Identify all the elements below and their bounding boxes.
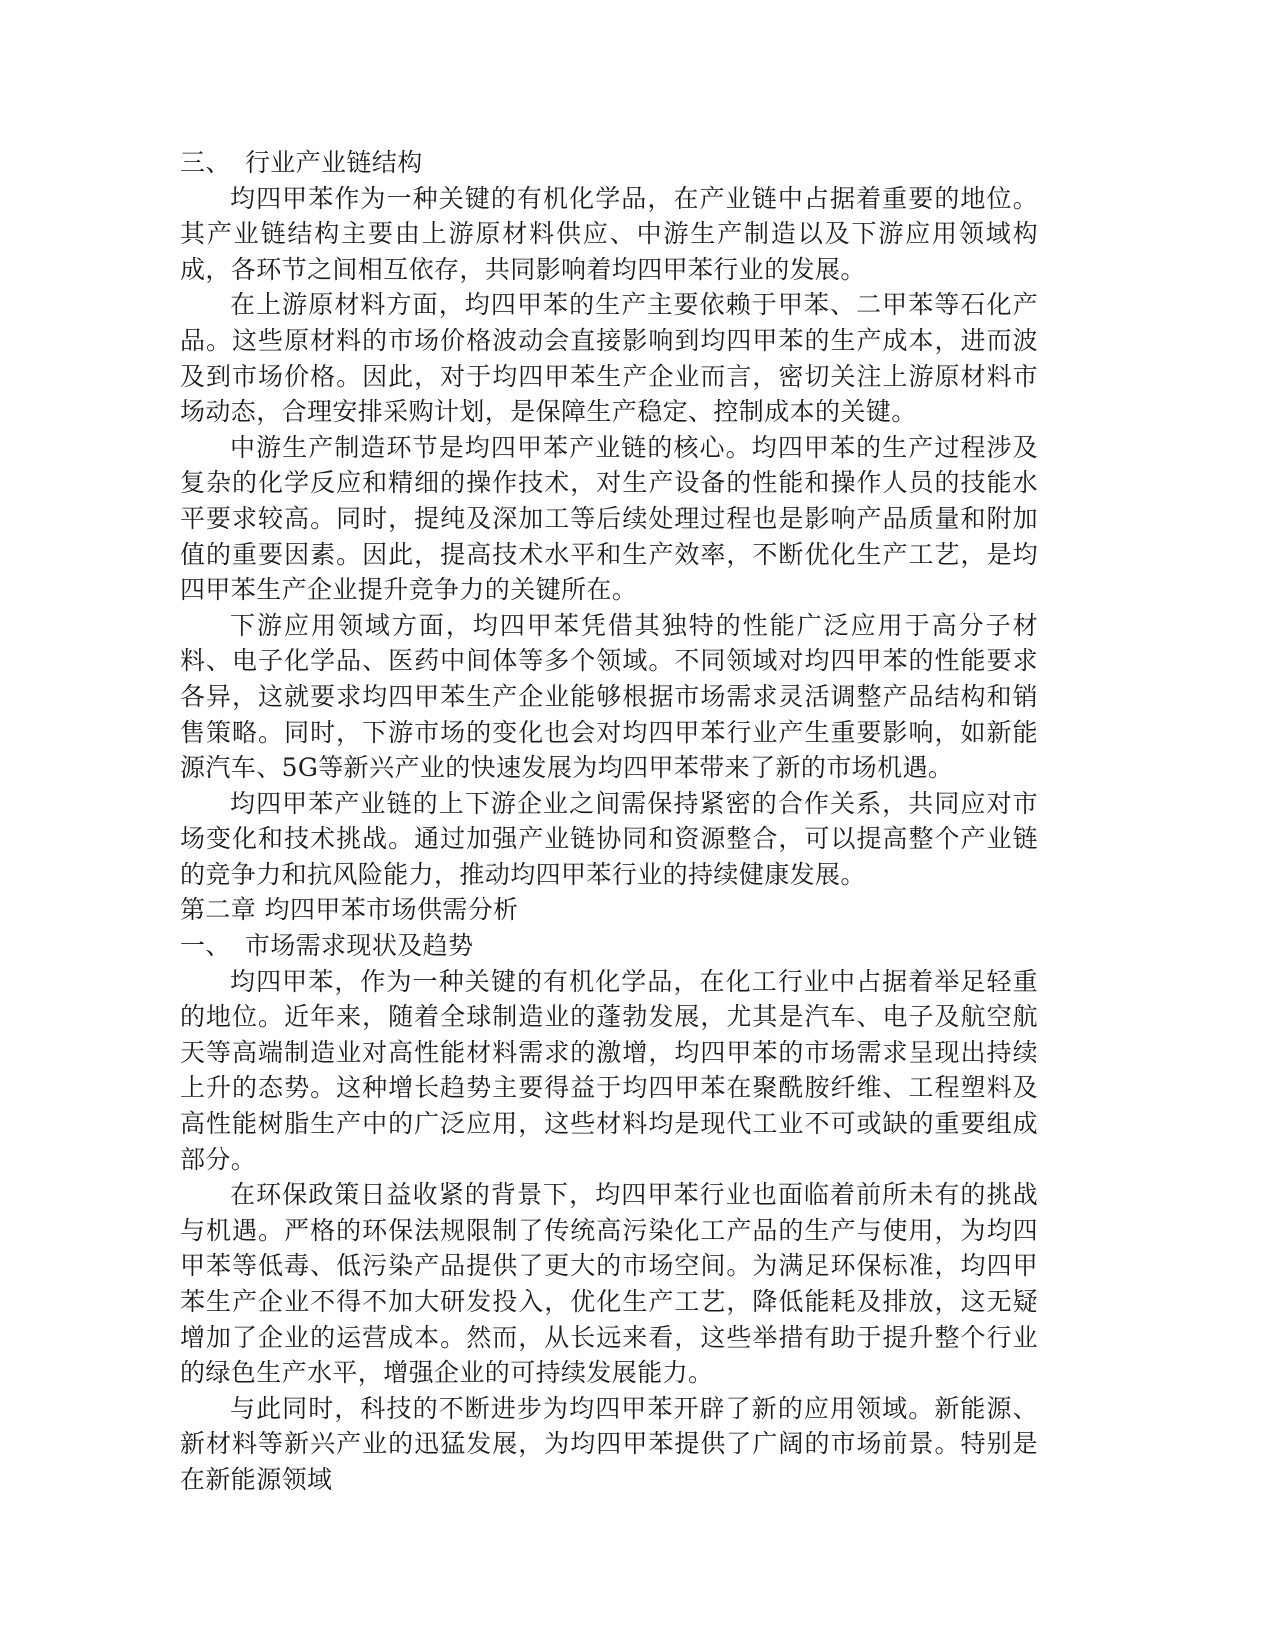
section-number: 三、 <box>180 145 231 181</box>
section-heading-industry-chain: 三、行业产业链结构 <box>180 145 1038 181</box>
paragraph: 均四甲苯作为一种关键的有机化学品，在产业链中占据着重要的地位。其产业链结构主要由… <box>180 181 1038 288</box>
paragraph: 下游应用领域方面，均四甲苯凭借其独特的性能广泛应用于高分子材料、电子化学品、医药… <box>180 608 1038 786</box>
chapter-title: 第二章 均四甲苯市场供需分析 <box>180 892 1038 928</box>
document-page: 三、行业产业链结构 均四甲苯作为一种关键的有机化学品，在产业链中占据着重要的地位… <box>180 145 1038 1498</box>
section-number: 一、 <box>180 928 231 964</box>
paragraph: 均四甲苯产业链的上下游企业之间需保持紧密的合作关系，共同应对市场变化和技术挑战。… <box>180 786 1038 893</box>
section-heading-market-demand: 一、市场需求现状及趋势 <box>180 928 1038 964</box>
paragraph: 与此同时，科技的不断进步为均四甲苯开辟了新的应用领域。新能源、新材料等新兴产业的… <box>180 1391 1038 1498</box>
paragraph: 在上游原材料方面，均四甲苯的生产主要依赖于甲苯、二甲苯等石化产品。这些原材料的市… <box>180 287 1038 429</box>
section-title: 市场需求现状及趋势 <box>245 931 474 960</box>
paragraph: 均四甲苯，作为一种关键的有机化学品，在化工行业中占据着举足轻重的地位。近年来，随… <box>180 964 1038 1178</box>
section-title: 行业产业链结构 <box>245 148 423 177</box>
paragraph: 中游生产制造环节是均四甲苯产业链的核心。均四甲苯的生产过程涉及复杂的化学反应和精… <box>180 430 1038 608</box>
paragraph: 在环保政策日益收紧的背景下，均四甲苯行业也面临着前所未有的挑战与机遇。严格的环保… <box>180 1177 1038 1391</box>
